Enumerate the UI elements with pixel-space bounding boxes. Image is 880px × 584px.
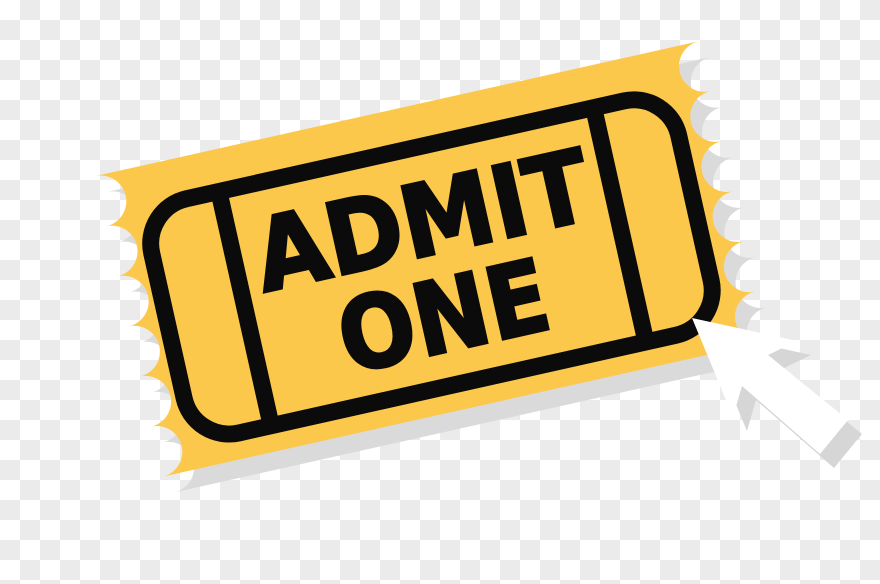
transparency-checkerboard-background: ADMIT ONE [0,0,880,584]
arrow-cursor-icon [680,305,880,480]
arrow-cursor-pointer [692,318,848,454]
